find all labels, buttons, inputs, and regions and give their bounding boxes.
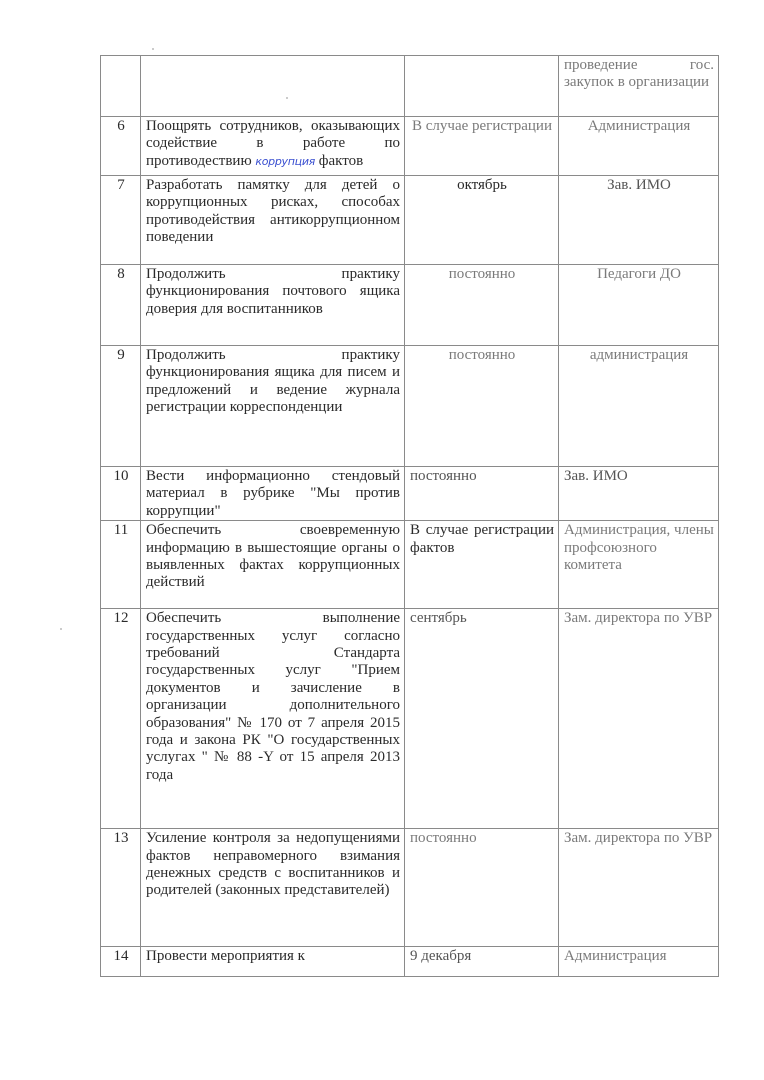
row-number: 7 — [101, 176, 141, 265]
task-cell: Продолжить практику функционирования поч… — [141, 265, 405, 346]
term-cell: В случае регистрации фактов — [405, 521, 559, 609]
table-row: 10 Вести информационно стендовый материа… — [101, 467, 719, 521]
row-number: 8 — [101, 265, 141, 346]
term-cell: В случае регистрации — [405, 117, 559, 176]
task-cell: Обеспечить выполнение государственных ус… — [141, 609, 405, 829]
task-cell: Продолжить практику функционирования ящи… — [141, 346, 405, 467]
term-cell — [405, 56, 559, 117]
responsible-cell: Зам. директора по УВР — [559, 609, 719, 829]
task-cell: Обеспечить своевременную информацию в вы… — [141, 521, 405, 609]
responsible-cell: Администрация — [559, 947, 719, 977]
document-page: проведение гос. закупок в организации 6 … — [0, 0, 764, 1080]
row-number — [101, 56, 141, 117]
task-cell: Провести мероприятия к — [141, 947, 405, 977]
term-cell: 9 декабря — [405, 947, 559, 977]
task-cell: Вести информационно стендовый материал в… — [141, 467, 405, 521]
responsible-cell: администрация — [559, 346, 719, 467]
table-row: 13 Усиление контроля за недопущениями фа… — [101, 829, 719, 947]
responsible-cell: Администрация, члены профсоюзного комите… — [559, 521, 719, 609]
responsible-cell: Администрация — [559, 117, 719, 176]
responsible-cell: Педагоги ДО — [559, 265, 719, 346]
term-cell: постоянно — [405, 346, 559, 467]
responsible-cell: Зав. ИМО — [559, 467, 719, 521]
term-cell: октябрь — [405, 176, 559, 265]
task-cell: Усиление контроля за недопущениями факто… — [141, 829, 405, 947]
row-number: 6 — [101, 117, 141, 176]
table-row: 8 Продолжить практику функционирования п… — [101, 265, 719, 346]
row-number: 9 — [101, 346, 141, 467]
scan-speck — [152, 48, 154, 50]
row-number: 14 — [101, 947, 141, 977]
table-row: 14 Провести мероприятия к 9 декабря Адми… — [101, 947, 719, 977]
row-number: 10 — [101, 467, 141, 521]
row-number: 13 — [101, 829, 141, 947]
table-row: проведение гос. закупок в организации — [101, 56, 719, 117]
action-plan-table: проведение гос. закупок в организации 6 … — [100, 55, 719, 977]
table-row: 11 Обеспечить своевременную информацию в… — [101, 521, 719, 609]
responsible-cell: Зам. директора по УВР — [559, 829, 719, 947]
term-cell: сентябрь — [405, 609, 559, 829]
term-cell: постоянно — [405, 829, 559, 947]
row-number: 11 — [101, 521, 141, 609]
task-cell — [141, 56, 405, 117]
term-cell: постоянно — [405, 467, 559, 521]
table-row: 7 Разработать памятку для детей о корруп… — [101, 176, 719, 265]
term-cell: постоянно — [405, 265, 559, 346]
scan-speck — [60, 628, 62, 630]
task-text: фактов — [319, 153, 363, 169]
table-row: 6 Поощрять сотрудников, оказывающих соде… — [101, 117, 719, 176]
task-cell: Разработать памятку для детей о коррупци… — [141, 176, 405, 265]
row-number: 12 — [101, 609, 141, 829]
responsible-cell: Зав. ИМО — [559, 176, 719, 265]
table-row: 9 Продолжить практику функционирования я… — [101, 346, 719, 467]
handwritten-annotation: коррупция — [255, 155, 315, 168]
task-cell: Поощрять сотрудников, оказывающих содейс… — [141, 117, 405, 176]
table-row: 12 Обеспечить выполнение государственных… — [101, 609, 719, 829]
responsible-cell: проведение гос. закупок в организации — [559, 56, 719, 117]
